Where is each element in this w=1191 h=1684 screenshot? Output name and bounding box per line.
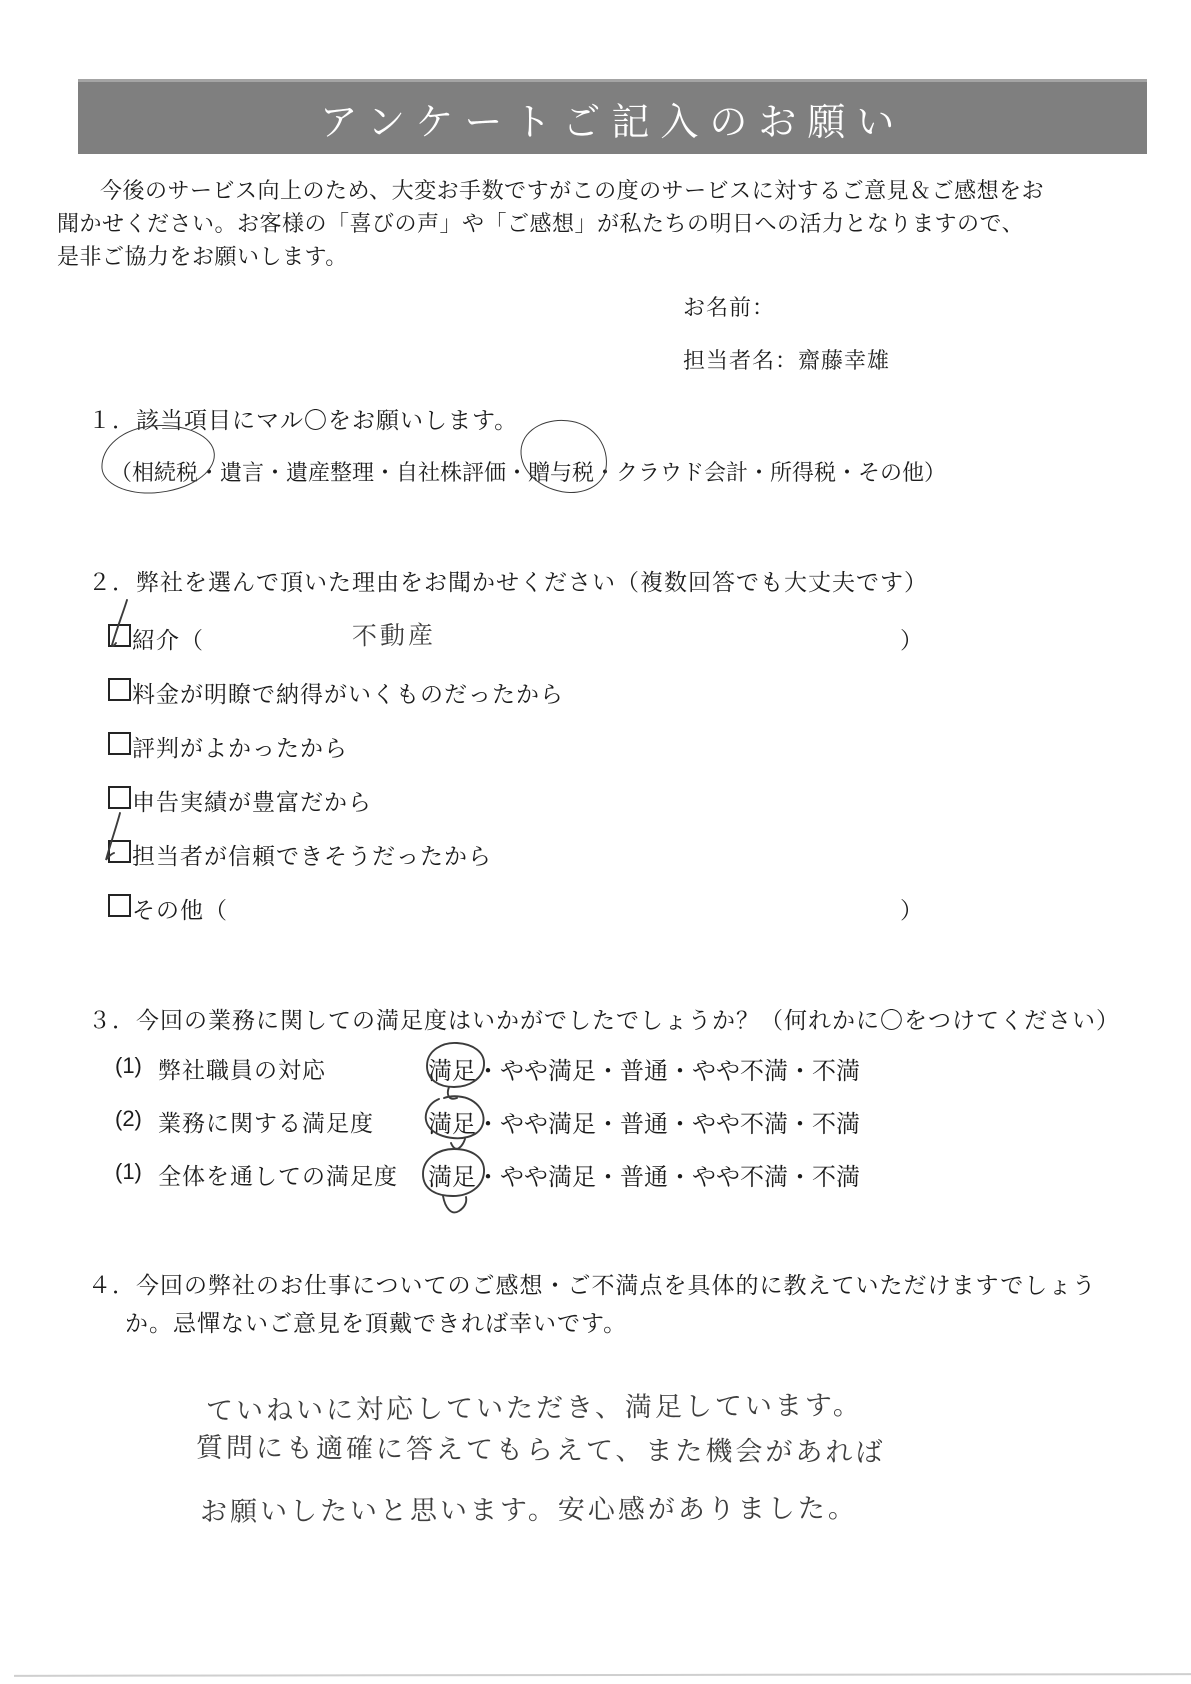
q3-row-number: (1) <box>115 1053 142 1079</box>
checkbox-label: 担当者が信頼できそうだったから <box>132 838 492 871</box>
checkbox-label: 評判がよかったから <box>132 730 348 763</box>
staff-value: 齋藤幸雄 <box>798 348 890 373</box>
name-field: お名前： <box>683 291 775 322</box>
q3-row-scale: 満足・やや満足・普通・やや不満・不満 <box>428 1051 860 1086</box>
scanned-survey-page: アンケートご記入のお願い 今後のサービス向上のため、大変お手数ですがこの度のサー… <box>0 0 1191 1684</box>
q3-heading: ３．今回の業務に関しての満足度はいかがでしたでしょうか？（何れかに〇をつけてくだ… <box>88 1002 1120 1035</box>
intro-line: 今後のサービス向上のため、大変お手数ですがこの度のサービスに対するご意見＆ご感想… <box>100 174 1044 205</box>
q3-row-label: 全体を通しての満足度 <box>158 1158 398 1191</box>
q4-heading-line: か。忌憚ないご意見を頂戴できれば幸いです。 <box>125 1305 627 1338</box>
checkbox-label: その他（ <box>132 892 228 925</box>
staff-label: 担当者名： <box>683 348 798 373</box>
q3-row-label: 業務に関する満足度 <box>158 1105 374 1138</box>
intro-line: 聞かせください。お客様の「喜びの声」や「ご感想」が私たちの明日への活力となります… <box>57 207 1024 238</box>
q3-row-scale: 満足・やや満足・普通・やや不満・不満 <box>428 1104 860 1139</box>
handwritten-check-icon <box>102 597 138 651</box>
checkbox-icon <box>108 786 131 809</box>
handwritten-answer-line: お願いしたいと思います。安心感がありました。 <box>200 1486 858 1528</box>
q2-heading: ２．弊社を選んで頂いた理由をお聞かせください（複数回答でも大丈夫です） <box>88 564 928 597</box>
checkbox-label: 申告実績が豊富だから <box>132 784 372 817</box>
handwritten-answer-line: 質問にも適確に答えてもらえて、また機会があれば <box>196 1426 886 1470</box>
checkbox-label: 紹介（ <box>132 622 204 655</box>
checkbox-icon <box>108 894 131 917</box>
paren-close: ） <box>900 622 923 655</box>
q3-row-number: (1) <box>115 1159 142 1185</box>
name-label: お名前： <box>683 295 775 320</box>
scan-edge-line <box>14 1673 1191 1677</box>
q3-row-label: 弊社職員の対応 <box>158 1052 326 1085</box>
checkbox-icon <box>108 732 131 755</box>
intro-line: 是非ご協力をお願いします。 <box>57 240 348 271</box>
handwritten-answer-line: ていねいに対応していただき、満足しています。 <box>206 1383 863 1428</box>
handwritten-check-icon <box>98 810 134 868</box>
handwritten-circle <box>415 1144 493 1230</box>
staff-field: 担当者名：齋藤幸雄 <box>683 344 890 375</box>
page-title: アンケートご記入のお願い <box>320 91 906 146</box>
q4-heading-line: ４．今回の弊社のお仕事についてのご感想・ご不満点を具体的に教えていただけますでし… <box>88 1267 1096 1300</box>
title-banner: アンケートご記入のお願い <box>78 82 1147 154</box>
q3-row-number: (2) <box>115 1106 142 1132</box>
checkbox-label: 料金が明瞭で納得がいくものだったから <box>132 676 564 709</box>
handwritten-fill-text: 不動産 <box>352 615 437 652</box>
checkbox-icon <box>108 678 131 701</box>
paren-close: ） <box>900 892 923 925</box>
